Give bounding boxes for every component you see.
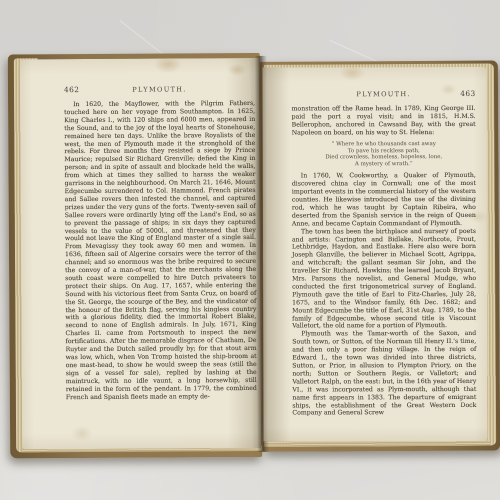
left-page-paragraph: In 1620, the Mayflower, with the Pilgrim… [64,100,257,402]
verse-line: A mystery of wrath.” [292,161,476,168]
left-running-title: PLYMOUTH. [98,85,221,94]
right-page-paragraph: Plymouth was the Tamar-worth of the Saxo… [292,330,476,417]
left-page: 462 PLYMOUTH. In 1620, the Mayflower, wi… [20,58,261,449]
right-page-paragraph: The town has been the birthplace and nur… [292,228,476,331]
left-page-text-block: 462 PLYMOUTH. In 1620, the Mayflower, wi… [64,84,257,402]
open-book: 462 PLYMOUTH. In 1620, the Mayflower, wi… [6,49,496,460]
right-page-text-block: PLYMOUTH. 463 monstration off the Rame h… [292,89,477,418]
right-page-number: 463 [442,89,476,98]
left-page-number: 462 [64,85,98,94]
book-photo: 462 PLYMOUTH. In 1620, the Mayflower, wi… [0,0,500,500]
right-page-paragraph: In 1760, W. Cookworthy, a Quaker of Plym… [292,172,476,228]
left-page-header: 462 PLYMOUTH. [64,84,255,94]
right-page-header: PLYMOUTH. 463 [292,89,476,98]
right-page-paragraph: monstration off the Rame head. In 1789, … [292,105,476,137]
verse-quotation: “ Where he who thousands cast away To pa… [292,141,476,169]
right-page: PLYMOUTH. 463 monstration off the Rame h… [263,67,488,442]
right-running-title: PLYMOUTH. [326,90,442,98]
